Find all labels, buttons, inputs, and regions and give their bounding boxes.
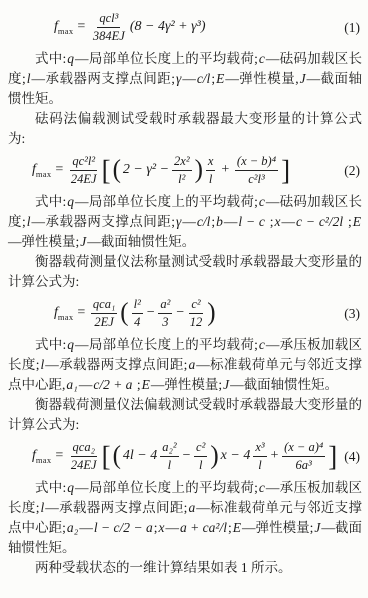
fraction-numerator: l² [132,297,143,314]
f-max-symbol: fmax [32,448,51,466]
text-run: —承载器两支撑点间距; [45,357,187,372]
variable-symbol: l − c/2 − a [93,520,154,535]
equals-sign: = [54,448,63,464]
text-run: ; [344,214,352,229]
fraction-numerator: qcl³ [97,11,120,28]
text-run: —承载器两支撑点间距; [32,214,176,229]
variable-symbol: E [352,214,362,229]
fraction-denominator: l [197,457,204,473]
equals-sign: = [54,162,63,178]
fraction-denominator: 384EJ [91,28,127,44]
max-subscript: max [36,169,52,179]
fraction-numerator: qca₁ [91,297,117,314]
text-run: 式中: [35,194,66,209]
fraction-numerator: c² [189,297,202,314]
equation-4-expression: fmax = qca₂ 24EJ [ ( 4l − 4 a₂² l − c² l… [32,440,338,473]
text-run: 衡器载荷测量仪法偏载测试受载时承载器最大变形量的计算公式为: [8,397,362,432]
minus-sign: − [175,305,184,321]
text-run: 式中: [35,480,66,495]
text-run: —承载器两支撑点间距; [32,71,175,86]
fraction-denominator: 4 [132,314,142,330]
equation-1: fmax = qcl³ 384EJ (8 − 4γ² + γ³) (1) [8,11,362,44]
variable-symbol: a [187,500,196,515]
fraction: (x − b)⁴ c²l³ [235,154,278,187]
plus-sign: + [220,162,229,178]
variable-symbol: c/l [196,71,212,86]
legend-paragraph-eq3: 式中:q—局部单位长度上的平均载荷;c—承压板加载区长度;l—承载器两支撑点间距… [8,335,362,395]
legend-paragraph-eq4: 式中:q—局部单位长度上的平均载荷;c—承压板加载区长度;l—承载器两支撑点间距… [8,478,362,558]
fraction: x³ l [253,440,266,473]
left-paren: ( [113,445,121,469]
intro-paragraph-eq3: 衡器载荷测量仪法称量测试受载时承载器最大变形量的计算公式为: [8,252,362,292]
variable-symbol: c/2 + a [92,377,133,392]
fraction-denominator: 3 [160,314,170,330]
equation-terms: 4l − 4 [123,448,157,464]
max-subscript: max [36,455,52,465]
fraction-numerator: a² [158,297,172,314]
text-run: —弹性模量; [8,234,79,249]
fraction: a² 3 [158,297,172,330]
variable-symbol: l − c [237,214,266,229]
text-run: ; [133,377,140,392]
max-subscript: max [58,26,74,36]
fraction-denominator: l [207,171,214,187]
article-page: fmax = qcl³ 384EJ (8 − 4γ² + γ³) (1) 式中:… [0,0,368,578]
variable-symbol: c/l [196,214,212,229]
fraction-numerator: (x − a)⁴ [282,440,325,457]
equation-number: (2) [344,163,362,179]
fraction-denominator: 12 [188,314,205,330]
fraction: (x − a)⁴ 6a³ [282,440,325,473]
variable-symbol: q [66,51,75,66]
text-run: — [79,377,93,392]
text-run: —截面轴惯性矩。 [230,377,338,392]
fraction: 2x² l² [172,154,192,187]
text-run: — [165,520,179,535]
right-paren: ) [207,302,215,326]
equals-sign: = [76,305,85,321]
intro-paragraph-eq2: 砝码法偏载测试受载时承载器最大变形量的计算公式为: [8,109,362,149]
text-run: 砝码法偏载测试受载时承载器最大变形量的计算公式为: [8,111,362,146]
variable-symbol: a + ca²/l [179,520,228,535]
fraction-denominator: 24EJ [69,457,99,473]
right-paren: ) [195,159,203,183]
fraction-denominator: 6a³ [294,457,314,473]
plus-sign: + [270,448,279,464]
f-max-symbol: fmax [54,305,73,323]
equation-4: fmax = qca₂ 24EJ [ ( 4l − 4 a₂² l − c² l… [8,440,362,473]
variable-symbol: q [66,194,75,209]
fraction-numerator: x³ [253,440,266,457]
variable-symbol: c [258,337,266,352]
equation-number: (4) [344,449,362,465]
fraction: c² 12 [188,297,205,330]
fraction-denominator: l² [176,171,187,187]
text-run: — [79,520,93,535]
equation-1-expression: fmax = qcl³ 384EJ (8 − 4γ² + γ³) [54,11,206,44]
fraction-denominator: l [166,457,173,473]
fraction-denominator: 24EJ [69,171,99,187]
fraction: qca₁ 2EJ [91,297,117,330]
variable-symbol: a₂ [66,520,79,535]
text-run: — [282,214,296,229]
text-run: — [182,71,196,86]
variable-symbol: a₁ [65,377,78,392]
variable-symbol: J [222,377,230,392]
fraction: c² l [194,440,207,473]
fraction-denominator: l [256,457,263,473]
text-run: —局部单位长度上的平均载荷; [75,51,258,66]
left-bracket: [ [102,158,111,184]
equation-3: fmax = qca₁ 2EJ ( l² 4 − a² 3 − c² 12 ) … [8,297,362,330]
text-run: —承载器两支撑点间距; [45,500,187,515]
fraction: qcl³ 384EJ [91,11,127,44]
variable-symbol: x [274,214,282,229]
legend-paragraph-eq1: 式中:q—局部单位长度上的平均载荷;c—砝码加载区长度;l—承载器两支撑点间距;… [8,49,362,109]
text-run: —弹 [242,520,269,535]
minus-sign: − [182,448,191,464]
text-run: — [182,214,196,229]
equation-terms: x − 4 [221,448,251,464]
equation-terms: (8 − 4γ² + γ³) [130,19,206,35]
equation-2: fmax = qc²l² 24EJ [ ( 2 − γ² − 2x² l² ) … [8,154,362,187]
closing-paragraph: 两种受载状态的一维计算结果如表 1 所示。 [8,558,362,578]
variable-symbol: c [258,51,266,66]
fraction: qca₂ 24EJ [69,440,99,473]
left-paren: ( [113,159,121,183]
text-run: 式中: [35,337,66,352]
fraction-denominator: c²l³ [246,171,267,187]
minus-sign: − [146,305,155,321]
text-run: —局部单位长度上的平均载荷; [75,480,258,495]
left-bracket: [ [102,444,111,470]
text-run: 性模量; [269,520,313,535]
text-run: 衡器载荷测量仪法称量测试受载时承载器最大变形量的计算公式为: [8,254,362,289]
equation-terms: 2 − γ² − [123,162,169,178]
right-paren: ) [210,445,218,469]
text-run: —弹性模量, [225,71,298,86]
fraction-numerator: (x − b)⁴ [235,154,278,171]
text-run: — [224,214,238,229]
fraction: x l [206,154,216,187]
text-run: —截面轴惯性矩。 [87,234,195,249]
fraction-denominator: 2EJ [92,314,115,330]
f-max-symbol: fmax [54,19,73,37]
intro-paragraph-eq4: 衡器载荷测量仪法偏载测试受载时承载器最大变形量的计算公式为: [8,395,362,435]
text-run: —弹性模量; [151,377,222,392]
variable-symbol: q [66,337,75,352]
text-run: 两种受载状态的一维计算结果如表 1 所示。 [35,560,292,575]
variable-symbol: E [232,520,242,535]
variable-symbol: E [215,71,225,86]
variable-symbol: c [258,194,266,209]
fraction: a₂² l [160,440,178,473]
fraction: qc²l² 24EJ [69,154,99,187]
right-bracket: ] [281,158,290,184]
fraction-numerator: c² [194,440,207,457]
fraction-numerator: qc²l² [70,154,97,171]
variable-symbol: b [215,214,224,229]
max-subscript: max [58,312,74,322]
fraction: l² 4 [132,297,143,330]
equation-number: (1) [344,20,362,36]
equation-2-expression: fmax = qc²l² 24EJ [ ( 2 − γ² − 2x² l² ) … [32,154,291,187]
fraction-numerator: x [206,154,216,171]
fraction-numerator: a₂² [160,440,178,457]
variable-symbol: c [258,480,266,495]
equation-number: (3) [344,306,362,322]
fraction-numerator: qca₂ [71,440,97,457]
variable-symbol: E [141,377,151,392]
text-run: 式中: [35,51,66,66]
left-paren: ( [120,302,128,326]
f-max-symbol: fmax [32,162,51,180]
right-bracket: ] [328,444,337,470]
variable-symbol: q [66,480,75,495]
variable-symbol: J [299,71,307,86]
fraction-numerator: 2x² [172,154,192,171]
variable-symbol: c − c²/2l [295,214,344,229]
text-run: —局部单位长度上的平均载荷; [75,194,258,209]
equals-sign: = [76,19,85,35]
variable-symbol: a [187,357,196,372]
text-run: ; [266,214,274,229]
equation-3-expression: fmax = qca₁ 2EJ ( l² 4 − a² 3 − c² 12 ) [54,297,217,330]
legend-paragraph-eq2: 式中:q—局部单位长度上的平均载荷;c—砝码加载区长度;l—承载器两支撑点间距;… [8,192,362,252]
text-run: —局部单位长度上的平均载荷; [75,337,258,352]
